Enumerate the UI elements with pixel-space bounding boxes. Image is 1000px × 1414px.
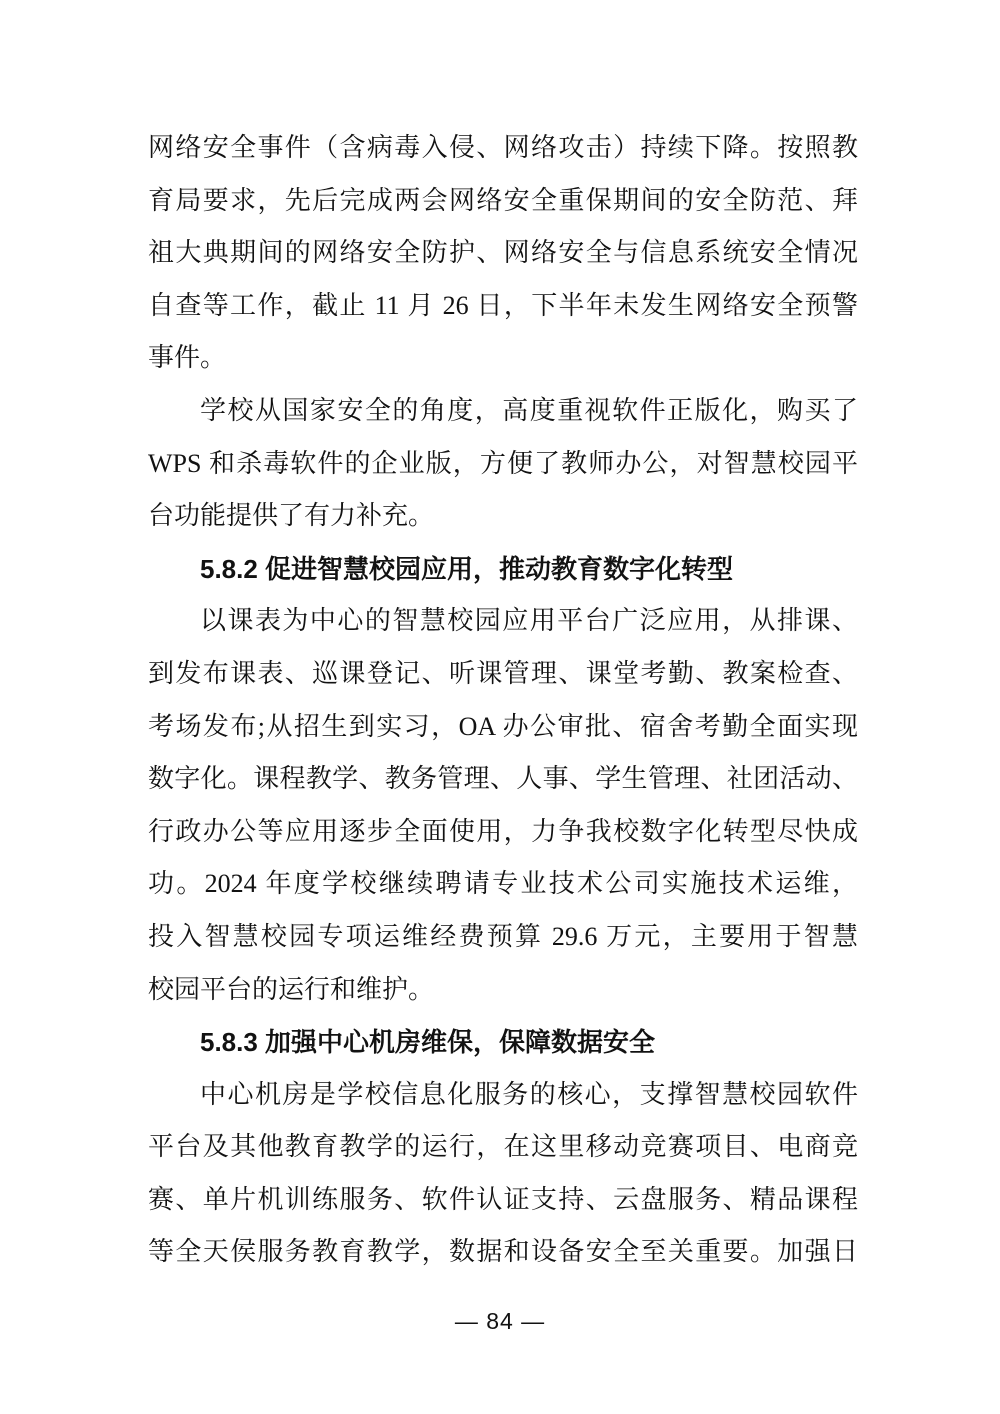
page-number: — 84 —: [455, 1308, 545, 1334]
heading-line: 5.8.2 促进智慧校园应用，推动教育数字化转型: [148, 543, 858, 596]
heading-line: 5.8.3 加强中心机房维保，保障数据安全: [148, 1016, 858, 1069]
paragraph-line: 祖大典期间的网络安全防护、网络安全与信息系统安全情况: [148, 227, 858, 280]
paragraph-line: 功。2024 年度学校继续聘请专业技术公司实施技术运维，: [148, 858, 858, 911]
paragraph-line: 投入智慧校园专项运维经费预算 29.6 万元，主要用于智慧: [148, 911, 858, 964]
paragraph-line: 考场发布;从招生到实习，OA 办公审批、宿舍考勤全面实现: [148, 701, 858, 754]
paragraph-line: 网络安全事件（含病毒入侵、网络攻击）持续下降。按照教: [148, 122, 858, 175]
paragraph-line: 事件。: [148, 332, 858, 385]
document-page: 网络安全事件（含病毒入侵、网络攻击）持续下降。按照教育局要求，先后完成两会网络安…: [0, 0, 1000, 1414]
paragraph-line: 数字化。课程教学、教务管理、人事、学生管理、社团活动、: [148, 753, 858, 806]
paragraph-line: 育局要求，先后完成两会网络安全重保期间的安全防范、拜: [148, 175, 858, 228]
text-block: 网络安全事件（含病毒入侵、网络攻击）持续下降。按照教育局要求，先后完成两会网络安…: [148, 122, 858, 1279]
paragraph-line: 以课表为中心的智慧校园应用平台广泛应用，从排课、: [148, 595, 858, 648]
page-footer: — 84 —: [0, 1308, 1000, 1335]
paragraph-line: 自查等工作，截止 11 月 26 日，下半年未发生网络安全预警: [148, 280, 858, 333]
paragraph-line: 中心机房是学校信息化服务的核心，支撑智慧校园软件: [148, 1069, 858, 1122]
paragraph-line: 等全天侯服务教育教学，数据和设备安全至关重要。加强日: [148, 1226, 858, 1279]
paragraph-line: 赛、单片机训练服务、软件认证支持、云盘服务、精品课程: [148, 1174, 858, 1227]
paragraph-line: 行政办公等应用逐步全面使用，力争我校数字化转型尽快成: [148, 806, 858, 859]
paragraph-line: 校园平台的运行和维护。: [148, 964, 858, 1017]
paragraph-line: 台功能提供了有力补充。: [148, 490, 858, 543]
paragraph-line: 到发布课表、巡课登记、听课管理、课堂考勤、教案检查、: [148, 648, 858, 701]
paragraph-line: WPS 和杀毒软件的企业版，方便了教师办公，对智慧校园平: [148, 438, 858, 491]
paragraph-line: 学校从国家安全的角度，高度重视软件正版化，购买了: [148, 385, 858, 438]
paragraph-line: 平台及其他教育教学的运行，在这里移动竞赛项目、电商竞: [148, 1121, 858, 1174]
